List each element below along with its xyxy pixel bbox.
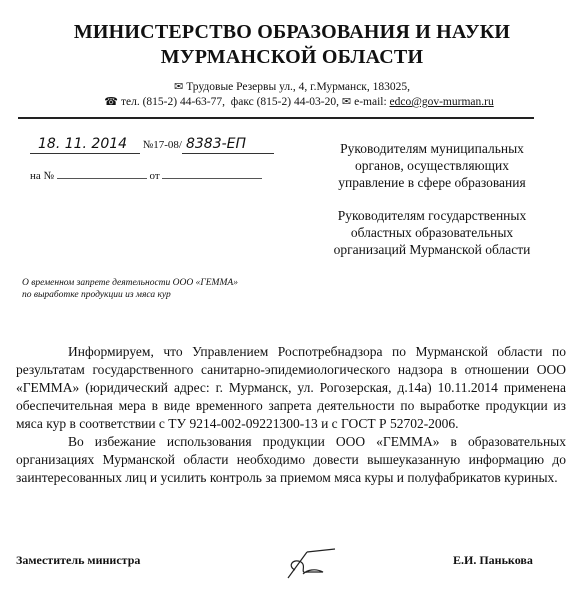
contact-block: ✉Трудовые Резервы ул., 4, г.Мурманск, 18… bbox=[0, 80, 584, 110]
mailbox-icon: ✉ bbox=[174, 81, 183, 93]
contact-line: ☎тел. (815-2) 44-63-77, факс (815-2) 44-… bbox=[0, 95, 584, 110]
header-divider bbox=[18, 117, 534, 119]
addressee-line: Руководителям государственных bbox=[300, 207, 564, 224]
handwritten-signature bbox=[285, 548, 345, 582]
ministry-title-line1: МИНИСТЕРСТВО ОБРАЗОВАНИЯ И НАУКИ bbox=[0, 20, 584, 45]
letter-subject: О временном запрете деятельности ООО «ГЕ… bbox=[22, 277, 302, 301]
signatory-position: Заместитель министра bbox=[16, 553, 140, 568]
ministry-title: МИНИСТЕРСТВО ОБРАЗОВАНИЯ И НАУКИ МУРМАНС… bbox=[0, 20, 584, 70]
addressee-line: организаций Мурманской области bbox=[300, 241, 564, 258]
reply-number-label: на № bbox=[30, 170, 54, 182]
subject-line: по выработке продукции из мяса кур bbox=[22, 289, 302, 301]
reply-date-blank bbox=[162, 168, 262, 179]
registration-line: 18. 11. 2014 №17-08/8383-ЕП bbox=[30, 136, 274, 154]
subject-line: О временном запрете деятельности ООО «ГЕ… bbox=[22, 277, 302, 289]
ministry-title-line2: МУРМАНСКОЙ ОБЛАСТИ bbox=[0, 45, 584, 70]
telephone-icon: ☎ bbox=[104, 96, 118, 108]
body-paragraph-2: Во избежание использования продукции ООО… bbox=[16, 433, 566, 487]
fax: факс (815-2) 44-03-20, bbox=[231, 96, 339, 108]
email-label: e-mail: bbox=[354, 96, 387, 108]
addressee-line: органов, осуществляющих bbox=[300, 157, 564, 174]
registration-number-prefix: №17-08/ bbox=[143, 139, 182, 151]
addressee-municipal: Руководителям муниципальных органов, осу… bbox=[300, 140, 564, 191]
reply-number-blank bbox=[57, 168, 147, 179]
email-link[interactable]: edco@gov-murman.ru bbox=[390, 96, 494, 108]
addressee-state: Руководителям государственных областных … bbox=[300, 207, 564, 258]
envelope-icon: ✉ bbox=[342, 96, 351, 108]
letter-body: Информируем, что Управлением Роспотребна… bbox=[16, 343, 566, 487]
addressee-line: областных образовательных bbox=[300, 224, 564, 241]
addressee-line: управление в сфере образования bbox=[300, 174, 564, 191]
reply-reference-line: на № от bbox=[30, 168, 262, 182]
address: Трудовые Резервы ул., 4, г.Мурманск, 183… bbox=[186, 81, 410, 93]
body-paragraph-1: Информируем, что Управлением Роспотребна… bbox=[16, 343, 566, 433]
addressee-line: Руководителям муниципальных bbox=[300, 140, 564, 157]
phone: тел. (815-2) 44-63-77, bbox=[121, 96, 225, 108]
registration-number: 8383-ЕП bbox=[182, 136, 274, 154]
reply-from-label: от bbox=[150, 170, 160, 182]
registration-date: 18. 11. 2014 bbox=[30, 136, 140, 154]
signatory-name: Е.И. Панькова bbox=[453, 553, 533, 568]
